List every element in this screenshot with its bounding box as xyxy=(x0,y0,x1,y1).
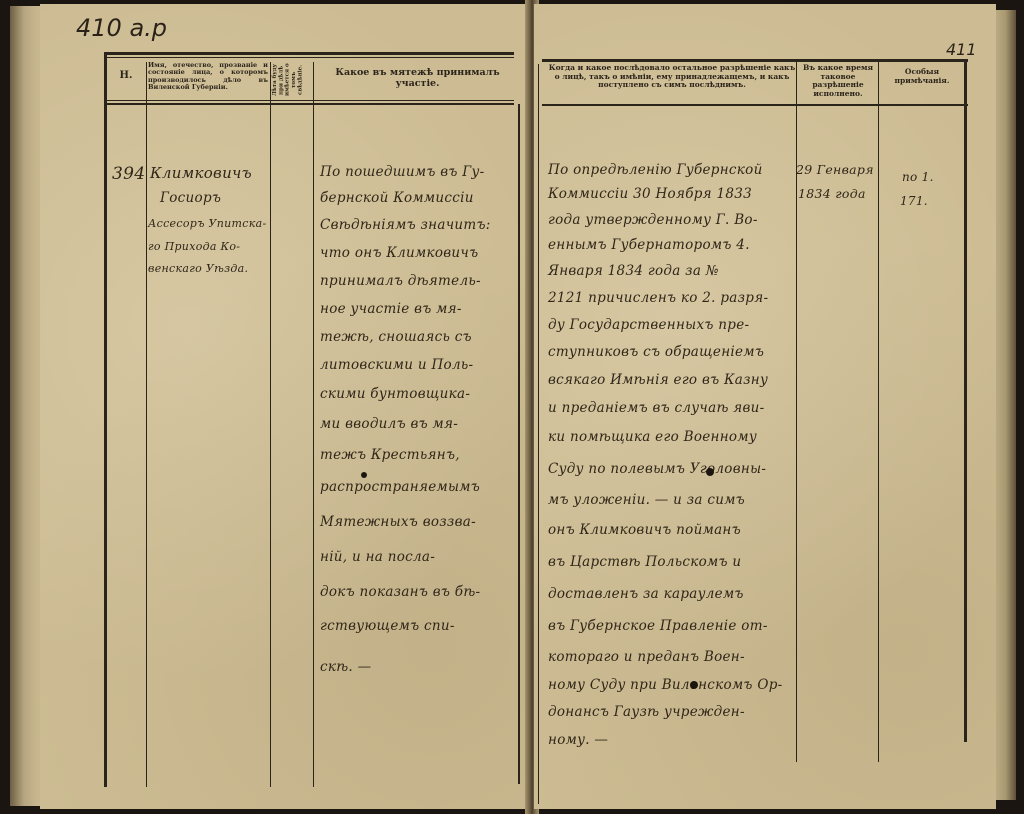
entry-name-line: Ассесоръ Упитска- xyxy=(148,217,266,230)
decision-line: въ Царствѣ Польскомъ и xyxy=(548,554,741,570)
column-line-left xyxy=(538,64,539,804)
entry-name-line: венскаго Уѣзда. xyxy=(148,262,248,275)
ink-spot xyxy=(361,472,367,478)
ink-spot xyxy=(690,681,698,689)
header-executed-column: Въ какое время таковое разрѣшеніе исполн… xyxy=(798,64,878,99)
decision-line: 2121 причисленъ ко 2. разря- xyxy=(548,290,768,306)
margin-line xyxy=(104,52,107,787)
decision-line: ступниковъ съ обращеніемъ xyxy=(548,344,764,360)
column-line-right xyxy=(518,104,520,784)
entry-name-line: Климковичъ xyxy=(150,164,252,182)
decision-line: мъ уложеніи. — и за симъ xyxy=(548,492,745,508)
participation-line: принималъ дѣятель- xyxy=(320,273,481,289)
column-line-name xyxy=(270,62,271,787)
notes-line: по 1. xyxy=(902,170,934,184)
entry-number: 394 xyxy=(112,164,145,184)
decision-line: донансъ Гаузѣ учрежден- xyxy=(548,704,745,720)
decision-line: года утвержденному Г. Во- xyxy=(548,212,758,228)
participation-line: Свѣдѣніямъ значитъ: xyxy=(320,217,491,233)
column-line-executed xyxy=(878,62,879,762)
decision-line: еннымъ Губернаторомъ 4. xyxy=(548,237,750,253)
folio-label: 410 a.p xyxy=(76,14,167,42)
header-notes-column: Особыя примѣчанія. xyxy=(880,68,964,85)
decision-line: Суду по полевымъ Уголовны- xyxy=(548,461,766,477)
decision-line: всякаго Имѣнія его въ Казну xyxy=(548,372,768,388)
header-bottom-rule xyxy=(104,100,514,101)
header-top-rule xyxy=(542,59,968,62)
participation-line: ное участіе въ мя- xyxy=(320,301,462,317)
decision-line: котораго и преданъ Воен- xyxy=(548,649,745,665)
participation-line: докъ показанъ въ бѣ- xyxy=(320,584,480,600)
entry-name-line: Госиоръ xyxy=(160,190,221,206)
decision-line: ному. — xyxy=(548,732,608,748)
header-bottom-rule xyxy=(542,104,968,106)
column-line-right xyxy=(964,62,967,742)
notes-line: 171. xyxy=(900,194,928,208)
executed-line: 29 Генваря xyxy=(796,162,874,177)
header-decision-column: Когда и какое послѣдовало остальное разр… xyxy=(548,64,796,90)
participation-line: скѣ. — xyxy=(320,659,371,675)
participation-line: что онъ Климковичъ xyxy=(320,245,478,261)
book-spread: 410 a.p Н. Имя, отечество, прозваніе и с… xyxy=(0,0,1024,814)
participation-line: ми вводилъ въ мя- xyxy=(320,416,458,432)
executed-line: 1834 года xyxy=(798,186,866,201)
decision-line: Января 1834 года за № xyxy=(548,263,719,279)
header-bottom-rule-thick xyxy=(104,103,514,105)
page-number: 411 xyxy=(946,40,977,59)
header-top-rule xyxy=(104,52,514,55)
decision-line: ному Суду при Виленскомъ Ор- xyxy=(548,677,783,693)
participation-line: По пошедшимъ въ Гу- xyxy=(320,164,485,180)
participation-line: Мятежныхъ воззва- xyxy=(320,514,476,530)
column-line-age xyxy=(313,62,314,787)
header-top-rule-thin xyxy=(104,57,514,58)
header-number: Н. xyxy=(108,70,144,82)
decision-line: По опредѣленію Губернской xyxy=(548,162,763,178)
decision-line: ки помѣщика его Военному xyxy=(548,429,757,445)
decision-line: ду Государственныхъ пре- xyxy=(548,317,749,333)
decision-line: доставленъ за караулемъ xyxy=(548,586,744,602)
participation-line: литовскими и Поль- xyxy=(320,357,473,373)
participation-line: скими бунтовщика- xyxy=(320,386,470,402)
header-name-column: Имя, отечество, прозваніе и состояніе ли… xyxy=(148,62,268,92)
participation-line: тежъ Крестьянъ, xyxy=(320,447,460,463)
participation-line: бернской Коммиссіи xyxy=(320,190,474,206)
ink-spot xyxy=(706,468,714,476)
participation-line: распространяемымъ xyxy=(320,479,480,495)
decision-line: въ Губернское Правленіе от- xyxy=(548,618,768,634)
decision-line: онъ Климковичъ пойманъ xyxy=(548,522,741,538)
header-age-column: Лѣта буду при дѣлѣ имѣется о томъ свѣдѣн… xyxy=(272,60,312,100)
participation-line: ній, и на посла- xyxy=(320,549,435,565)
column-line-number xyxy=(146,62,147,787)
participation-line: тежѣ, сношаясь съ xyxy=(320,329,472,345)
header-participation-column: Какое въ мятежѣ принималъ участіе. xyxy=(320,68,515,90)
decision-line: и преданіемъ въ случаѣ яви- xyxy=(548,400,765,416)
entry-name-line: го Прихода Ко- xyxy=(148,240,240,253)
decision-line: Коммиссіи 30 Ноября 1833 xyxy=(548,186,752,202)
participation-line: гствующемъ спи- xyxy=(320,618,455,634)
right-page: 411 Когда и какое послѣдовало остальное … xyxy=(534,4,996,809)
left-page: 410 a.p Н. Имя, отечество, прозваніе и с… xyxy=(40,4,530,809)
